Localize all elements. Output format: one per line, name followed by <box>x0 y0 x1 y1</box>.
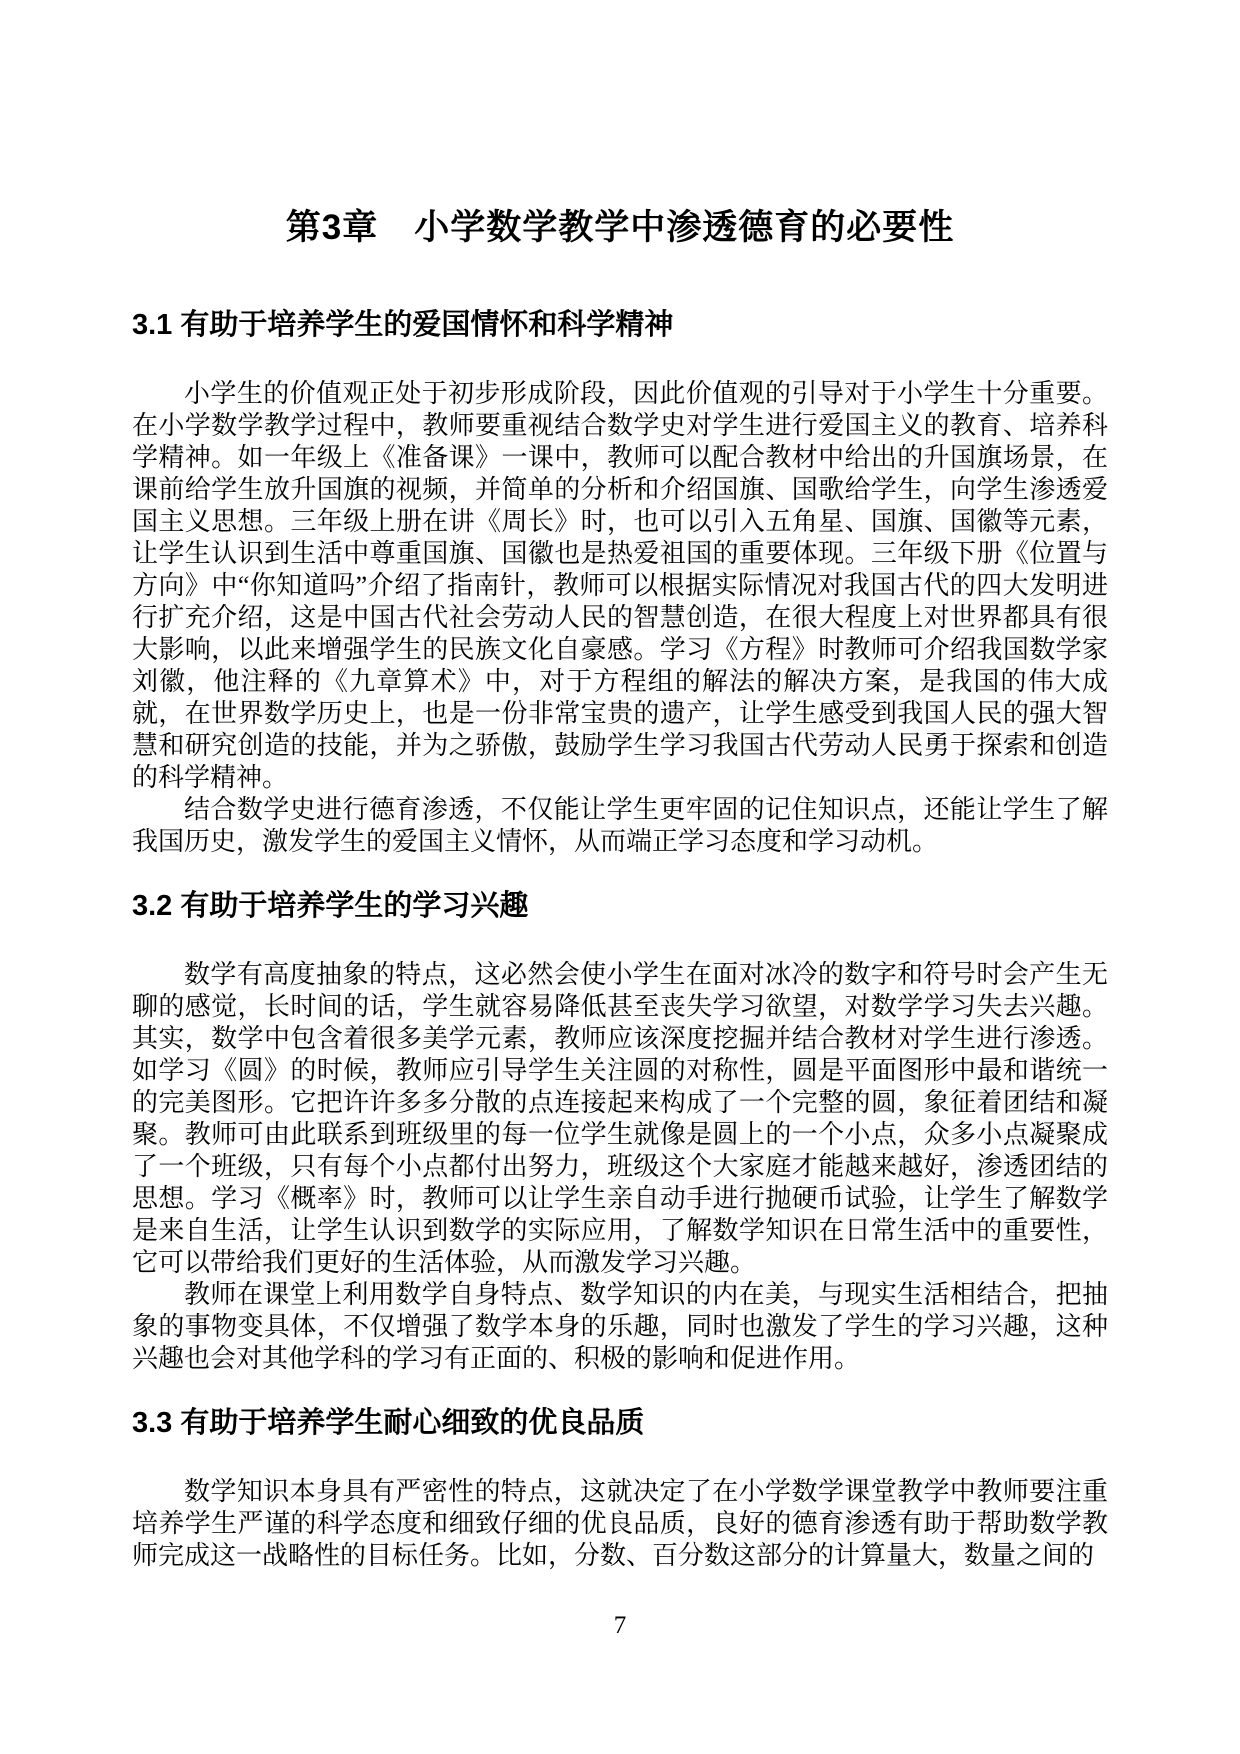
paragraph: 数学有高度抽象的特点，这必然会使小学生在面对冰冷的数字和符号时会产生无聊的感觉，… <box>132 959 1108 1279</box>
paragraph: 教师在课堂上利用数学自身特点、数学知识的内在美，与现实生活相结合，把抽象的事物变… <box>132 1279 1108 1375</box>
section-3-1: 3.1 有助于培养学生的爱国情怀和科学精神 小学生的价值观正处于初步形成阶段，因… <box>132 306 1108 858</box>
page-number: 7 <box>0 1612 1240 1640</box>
paragraph: 结合数学史进行德育渗透，不仅能让学生更牢固的记住知识点，还能让学生了解我国历史，… <box>132 794 1108 858</box>
page-content: 第3章 小学数学教学中渗透德育的必要性 3.1 有助于培养学生的爱国情怀和科学精… <box>0 206 1240 1572</box>
section-3-3-heading: 3.3 有助于培养学生耐心细致的优良品质 <box>132 1404 1108 1442</box>
document-page: 第3章 小学数学教学中渗透德育的必要性 3.1 有助于培养学生的爱国情怀和科学精… <box>0 0 1240 1754</box>
section-3-1-heading: 3.1 有助于培养学生的爱国情怀和科学精神 <box>132 306 1108 344</box>
paragraph: 小学生的价值观正处于初步形成阶段，因此价值观的引导对于小学生十分重要。在小学数学… <box>132 378 1108 794</box>
paragraph: 数学知识本身具有严密性的特点，这就决定了在小学数学课堂教学中教师要注重培养学生严… <box>132 1476 1108 1572</box>
chapter-title: 第3章 小学数学教学中渗透德育的必要性 <box>132 206 1108 250</box>
section-3-2: 3.2 有助于培养学生的学习兴趣 数学有高度抽象的特点，这必然会使小学生在面对冰… <box>132 887 1108 1375</box>
section-3-2-heading: 3.2 有助于培养学生的学习兴趣 <box>132 887 1108 925</box>
section-3-3: 3.3 有助于培养学生耐心细致的优良品质 数学知识本身具有严密性的特点，这就决定… <box>132 1404 1108 1572</box>
